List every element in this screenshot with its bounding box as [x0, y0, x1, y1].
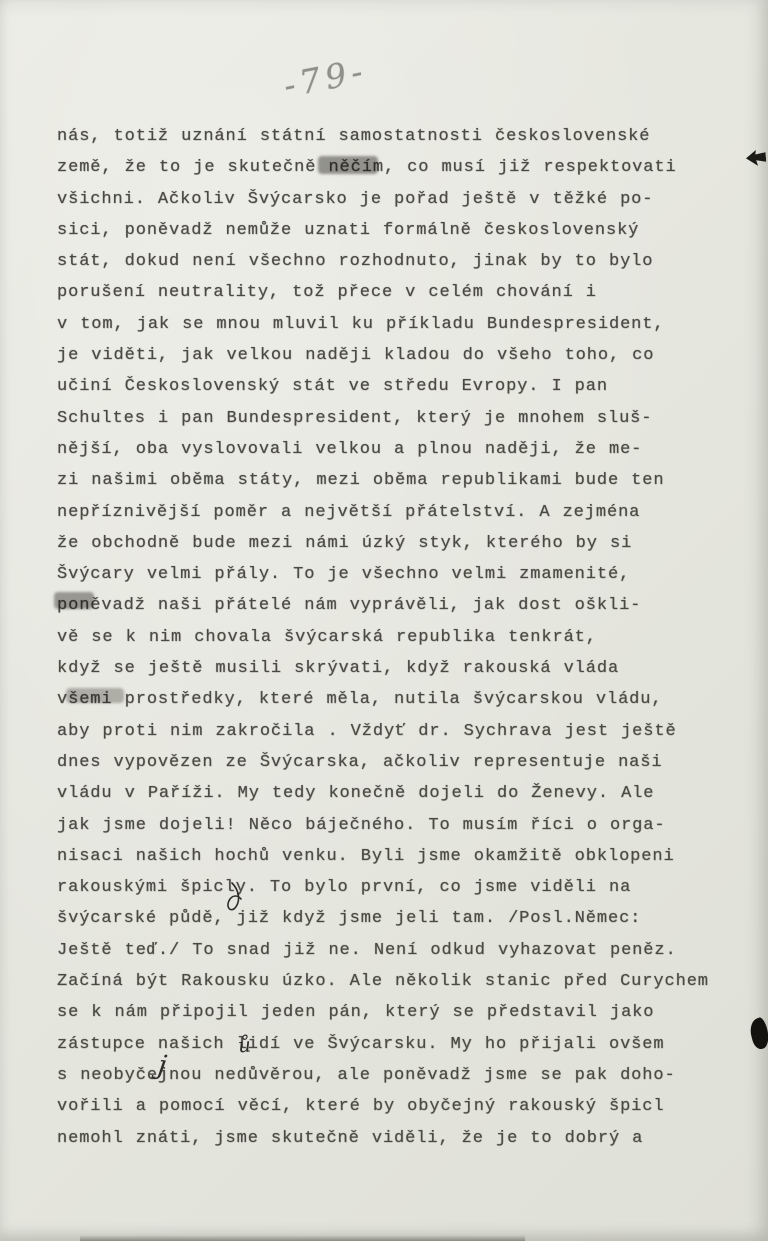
text-line: nás, totiž uznání státní samostatnosti č… [57, 121, 737, 152]
text-line: poněvadž naši přátelé nám vyprávěli, jak… [57, 590, 737, 621]
typewritten-text-block: nás, totiž uznání státní samostatnosti č… [57, 121, 737, 1154]
document-page: -79- nás, totiž uznání státní samostatno… [0, 0, 768, 1241]
text-line: země, že to je skutečně něčím, co musí j… [57, 152, 737, 183]
text-line: že obchodně bude mezi námi úzký styk, kt… [57, 528, 737, 559]
ink-overstrike-smudge [54, 592, 94, 609]
text-line: se k nám připojil jeden pán, který se př… [57, 997, 737, 1028]
text-line: rakouskými špicly. To bylo první, co jsm… [57, 872, 737, 903]
text-line: když se ještě musili skrývati, když rako… [57, 653, 737, 684]
ink-overstrike-smudge [318, 156, 378, 174]
text-line: jak jsme dojeli! Něco báječného. To musí… [57, 810, 737, 841]
text-line: aby proti nim zakročila . Vždyť dr. Sych… [57, 716, 737, 747]
margin-arrowhead-mark-icon [745, 149, 766, 166]
text-line: švýcarské půdě, již když jsme jeli tam. … [57, 903, 737, 934]
text-line: nepříznivější poměr a největší přátelstv… [57, 497, 737, 528]
text-line: zi našimi oběma státy, mezi oběma republ… [57, 465, 737, 496]
text-line: porušení neutrality, tož přece v celém c… [57, 277, 737, 308]
text-line: nisaci našich hochů venku. Byli jsme oka… [57, 841, 737, 872]
text-line: vládu v Paříži. My tedy konečně dojeli d… [57, 778, 737, 809]
text-line: všemi prostředky, které měla, nutila švý… [57, 684, 737, 715]
edge-ink-blob [748, 1016, 768, 1050]
text-line: všichni. Ačkoliv Švýcarsko je pořad ješt… [57, 184, 737, 215]
handwritten-correction-u-ring: ů [237, 1032, 252, 1057]
bottom-edge-shadow [80, 1235, 525, 1241]
text-line: dnes vypovězen ze Švýcarska, ačkoliv rep… [57, 747, 737, 778]
handwritten-descender-loop [226, 882, 246, 919]
text-line: vořili a pomocí věcí, které by obyčejný … [57, 1091, 737, 1122]
text-line: nemohl znáti, jsme skutečně viděli, že j… [57, 1123, 737, 1154]
text-line: nější, oba vyslovovali velkou a plnou na… [57, 434, 737, 465]
text-line: v tom, jak se mnou mluvil ku příkladu Bu… [57, 309, 737, 340]
text-line: vě se k nim chovala švýcarská republika … [57, 622, 737, 653]
text-line: Ještě teď./ To snad již ne. Není odkud v… [57, 935, 737, 966]
handwritten-page-number: -79- [280, 46, 395, 105]
text-line: je viděti, jak velkou naději kladou do v… [57, 340, 737, 371]
text-line: Schultes i pan Bundespresident, který je… [57, 403, 737, 434]
text-line: stát, dokud není všechno rozhodnuto, jin… [57, 246, 737, 277]
text-line: učiní Československý stát ve středu Evro… [57, 371, 737, 402]
text-line: sici, poněvadž nemůže uznati formálně če… [57, 215, 737, 246]
ink-overstrike-smudge [66, 688, 124, 703]
text-line: Švýcary velmi přály. To je všechno velmi… [57, 559, 737, 590]
text-line: Začíná být Rakousku úzko. Ale několik st… [57, 966, 737, 997]
